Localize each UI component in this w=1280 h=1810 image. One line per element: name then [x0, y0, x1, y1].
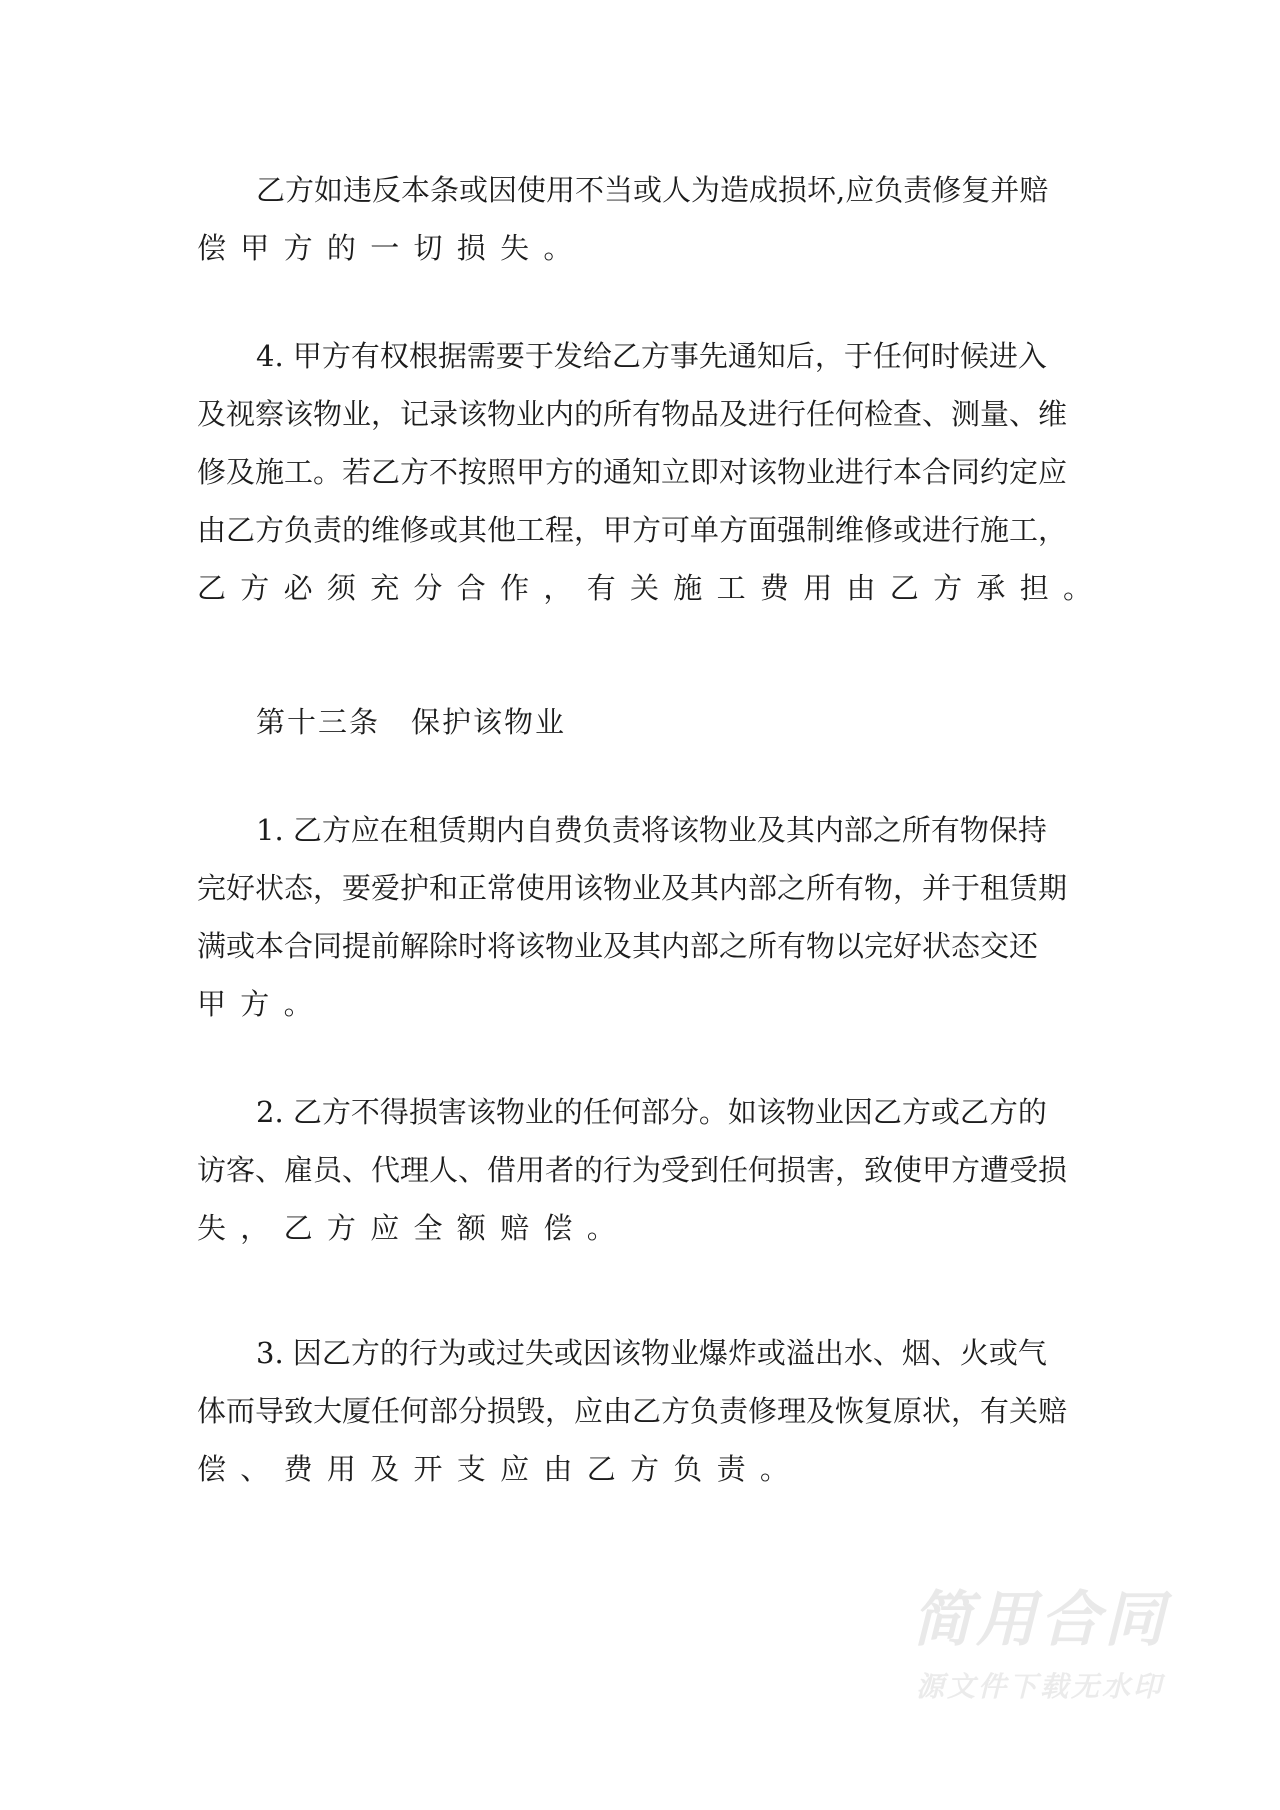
- paragraph-2-line-5: 乙方必须充分合作，有关施工费用由乙方承担。: [197, 566, 1087, 610]
- paragraph-2-line-1: 4. 甲方有权根据需要于发给乙方事先通知后，于任何时候进入: [256, 334, 1086, 378]
- document-page: 乙方如违反本条或因使用不当或人为造成损坏,应负责修复并赔 偿甲方的一切损失。 4…: [0, 0, 1280, 1810]
- watermark-title: 简用合同: [880, 1585, 1200, 1655]
- paragraph-3-line-1: 1. 乙方应在租赁期内自费负责将该物业及其内部之所有物保持: [256, 808, 1086, 852]
- paragraph-2-line-4: 由乙方负责的维修或其他工程，甲方可单方面强制维修或进行施工，: [197, 508, 1087, 552]
- paragraph-1-line-1: 乙方如违反本条或因使用不当或人为造成损坏,应负责修复并赔: [256, 168, 1086, 212]
- paragraph-3-line-4: 甲方。: [197, 982, 1087, 1026]
- article-13-heading: 第十三条 保护该物业: [256, 700, 566, 744]
- paragraph-1-line-2: 偿甲方的一切损失。: [197, 226, 1087, 270]
- watermark: 简用合同 源文件下载无水印: [880, 1585, 1200, 1705]
- paragraph-4-line-1: 2. 乙方不得损害该物业的任何部分。如该物业因乙方或乙方的: [256, 1090, 1086, 1134]
- paragraph-3-line-3: 满或本合同提前解除时将该物业及其内部之所有物以完好状态交还: [197, 924, 1087, 968]
- paragraph-4-line-3: 失，乙方应全额赔偿。: [197, 1206, 1087, 1250]
- paragraph-5-line-2: 体而导致大厦任何部分损毁，应由乙方负责修理及恢复原状，有关赔: [197, 1389, 1087, 1433]
- paragraph-2-line-3: 修及施工。若乙方不按照甲方的通知立即对该物业进行本合同约定应: [197, 450, 1087, 494]
- paragraph-5-line-3: 偿、费用及开支应由乙方负责。: [197, 1447, 1087, 1491]
- paragraph-4-line-2: 访客、雇员、代理人、借用者的行为受到任何损害，致使甲方遭受损: [197, 1148, 1087, 1192]
- paragraph-5-line-1: 3. 因乙方的行为或过失或因该物业爆炸或溢出水、烟、火或气: [256, 1331, 1086, 1375]
- paragraph-3-line-2: 完好状态，要爱护和正常使用该物业及其内部之所有物，并于租赁期: [197, 866, 1087, 910]
- watermark-subtitle: 源文件下载无水印: [880, 1669, 1200, 1705]
- paragraph-2-line-2: 及视察该物业，记录该物业内的所有物品及进行任何检查、测量、维: [197, 392, 1087, 436]
